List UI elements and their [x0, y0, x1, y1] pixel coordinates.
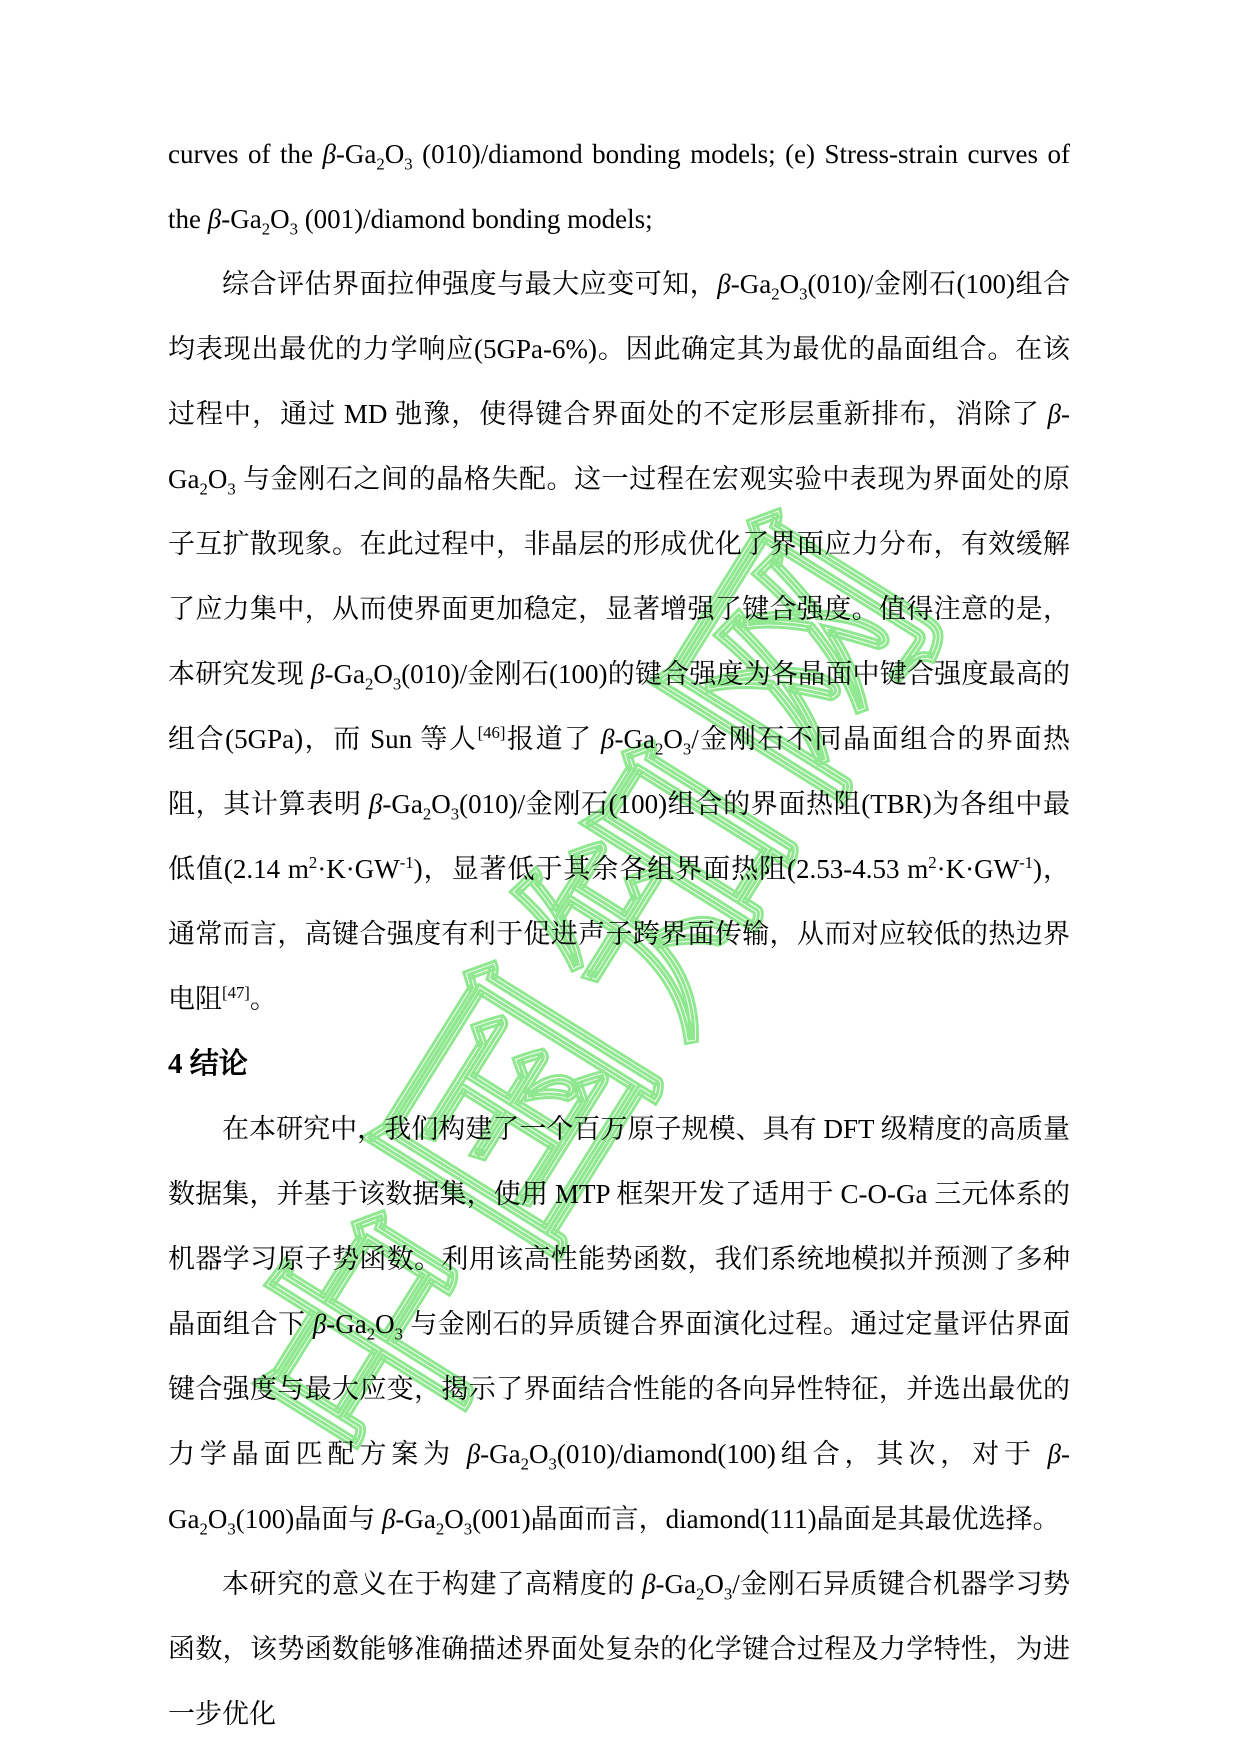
document-page: 中国知网 curves of the β-Ga2O3 (010)/diamond… — [0, 0, 1241, 1754]
paragraph-research-significance: 本研究的意义在于构建了高精度的 β-Ga2O3/金刚石异质键合机器学习势函数，该… — [168, 1552, 1070, 1747]
figure-caption-continuation: curves of the β-Ga2O3 (010)/diamond bond… — [168, 122, 1070, 252]
paragraph-interface-strength: 综合评估界面拉伸强度与最大应变可知，β-Ga2O3(010)/金刚石(100)组… — [168, 252, 1070, 1032]
page-content: curves of the β-Ga2O3 (010)/diamond bond… — [168, 122, 1070, 1747]
paragraph-conclusion-summary: 在本研究中，我们构建了一个百万原子规模、具有 DFT 级精度的高质量数据集，并基… — [168, 1097, 1070, 1552]
section-heading-conclusion: 4 结论 — [168, 1032, 1070, 1097]
